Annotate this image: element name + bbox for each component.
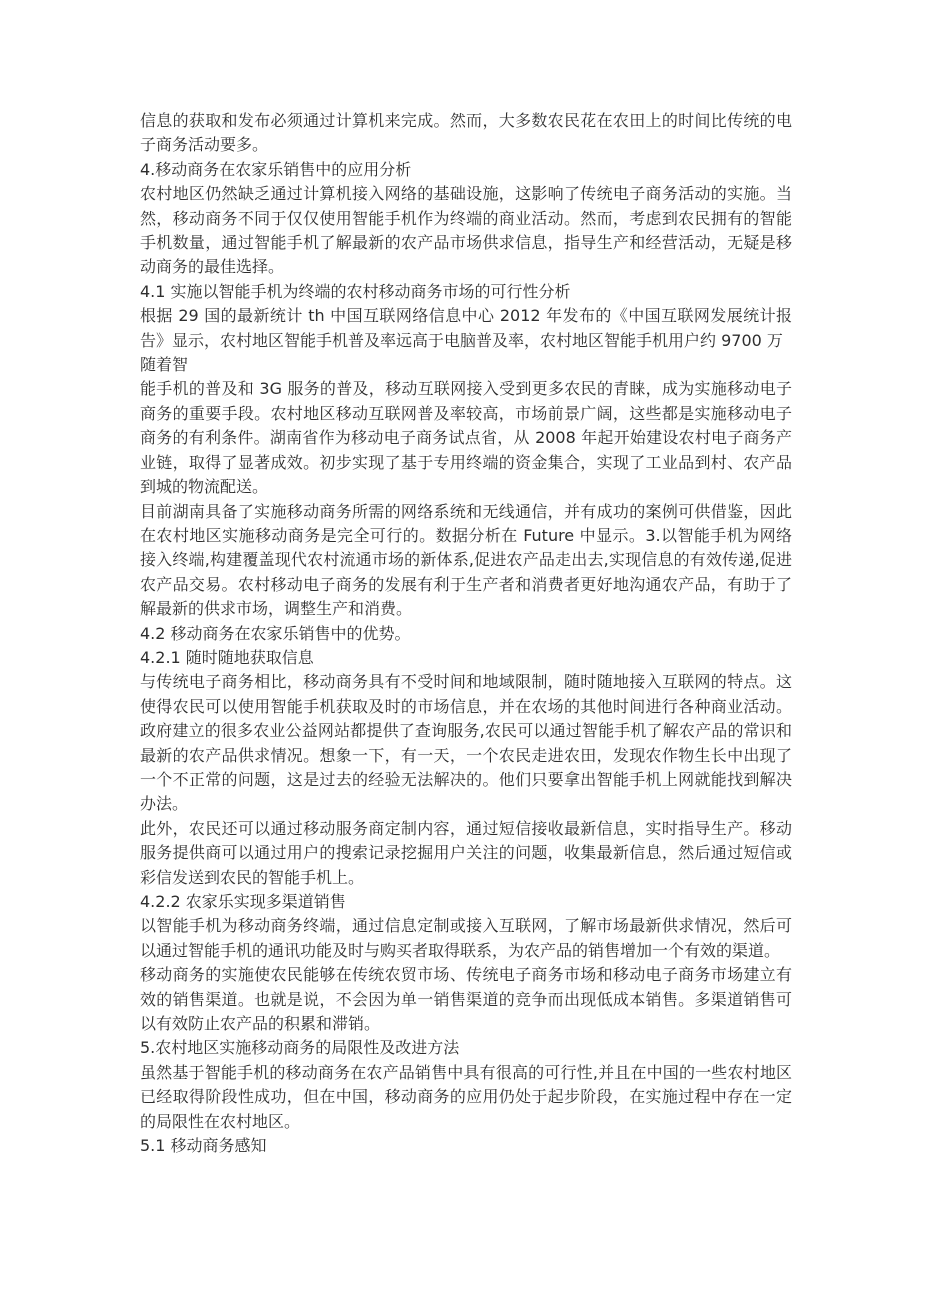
- paragraph: 随着智: [140, 353, 792, 377]
- paragraph: 信息的获取和发布必须通过计算机来完成。然而，大多数农民花在农田上的时间比传统的电…: [140, 109, 792, 158]
- document-text-block: 信息的获取和发布必须通过计算机来完成。然而，大多数农民花在农田上的时间比传统的电…: [140, 109, 792, 1158]
- paragraph: 农村地区仍然缺乏通过计算机接入网络的基础设施，这影响了传统电子商务活动的实施。当…: [140, 182, 792, 280]
- document-page: 信息的获取和发布必须通过计算机来完成。然而，大多数农民花在农田上的时间比传统的电…: [0, 0, 926, 1309]
- paragraph: 移动商务的实施使农民能够在传统农贸市场、传统电子商务市场和移动电子商务市场建立有…: [140, 963, 792, 1036]
- section-heading: 4.2.2 农家乐实现多渠道销售: [140, 890, 792, 914]
- section-heading: 4.2.1 随时随地获取信息: [140, 646, 792, 670]
- paragraph: 此外，农民还可以通过移动服务商定制内容，通过短信接收最新信息，实时指导生产。移动…: [140, 817, 792, 890]
- paragraph: 虽然基于智能手机的移动商务在农产品销售中具有很高的可行性,并且在中国的一些农村地…: [140, 1061, 792, 1134]
- section-heading: 4.移动商务在农家乐销售中的应用分析: [140, 158, 792, 182]
- section-heading: 4.1 实施以智能手机为终端的农村移动商务市场的可行性分析: [140, 280, 792, 304]
- paragraph: 根据 29 国的最新统计 th 中国互联网络信息中心 2012 年发布的《中国互…: [140, 304, 792, 353]
- section-heading: 4.2 移动商务在农家乐销售中的优势。: [140, 622, 792, 646]
- section-heading: 5.农村地区实施移动商务的局限性及改进方法: [140, 1036, 792, 1060]
- section-heading: 5.1 移动商务感知: [140, 1134, 792, 1158]
- paragraph: 与传统电子商务相比，移动商务具有不受时间和地域限制，随时随地接入互联网的特点。这…: [140, 670, 792, 816]
- paragraph: 目前湖南具备了实施移动商务所需的网络系统和无线通信，并有成功的案例可供借鉴，因此…: [140, 500, 792, 622]
- paragraph: 以智能手机为移动商务终端，通过信息定制或接入互联网，了解市场最新供求情况，然后可…: [140, 914, 792, 963]
- paragraph: 能手机的普及和 3G 服务的普及，移动互联网接入受到更多农民的青睐，成为实施移动…: [140, 377, 792, 499]
